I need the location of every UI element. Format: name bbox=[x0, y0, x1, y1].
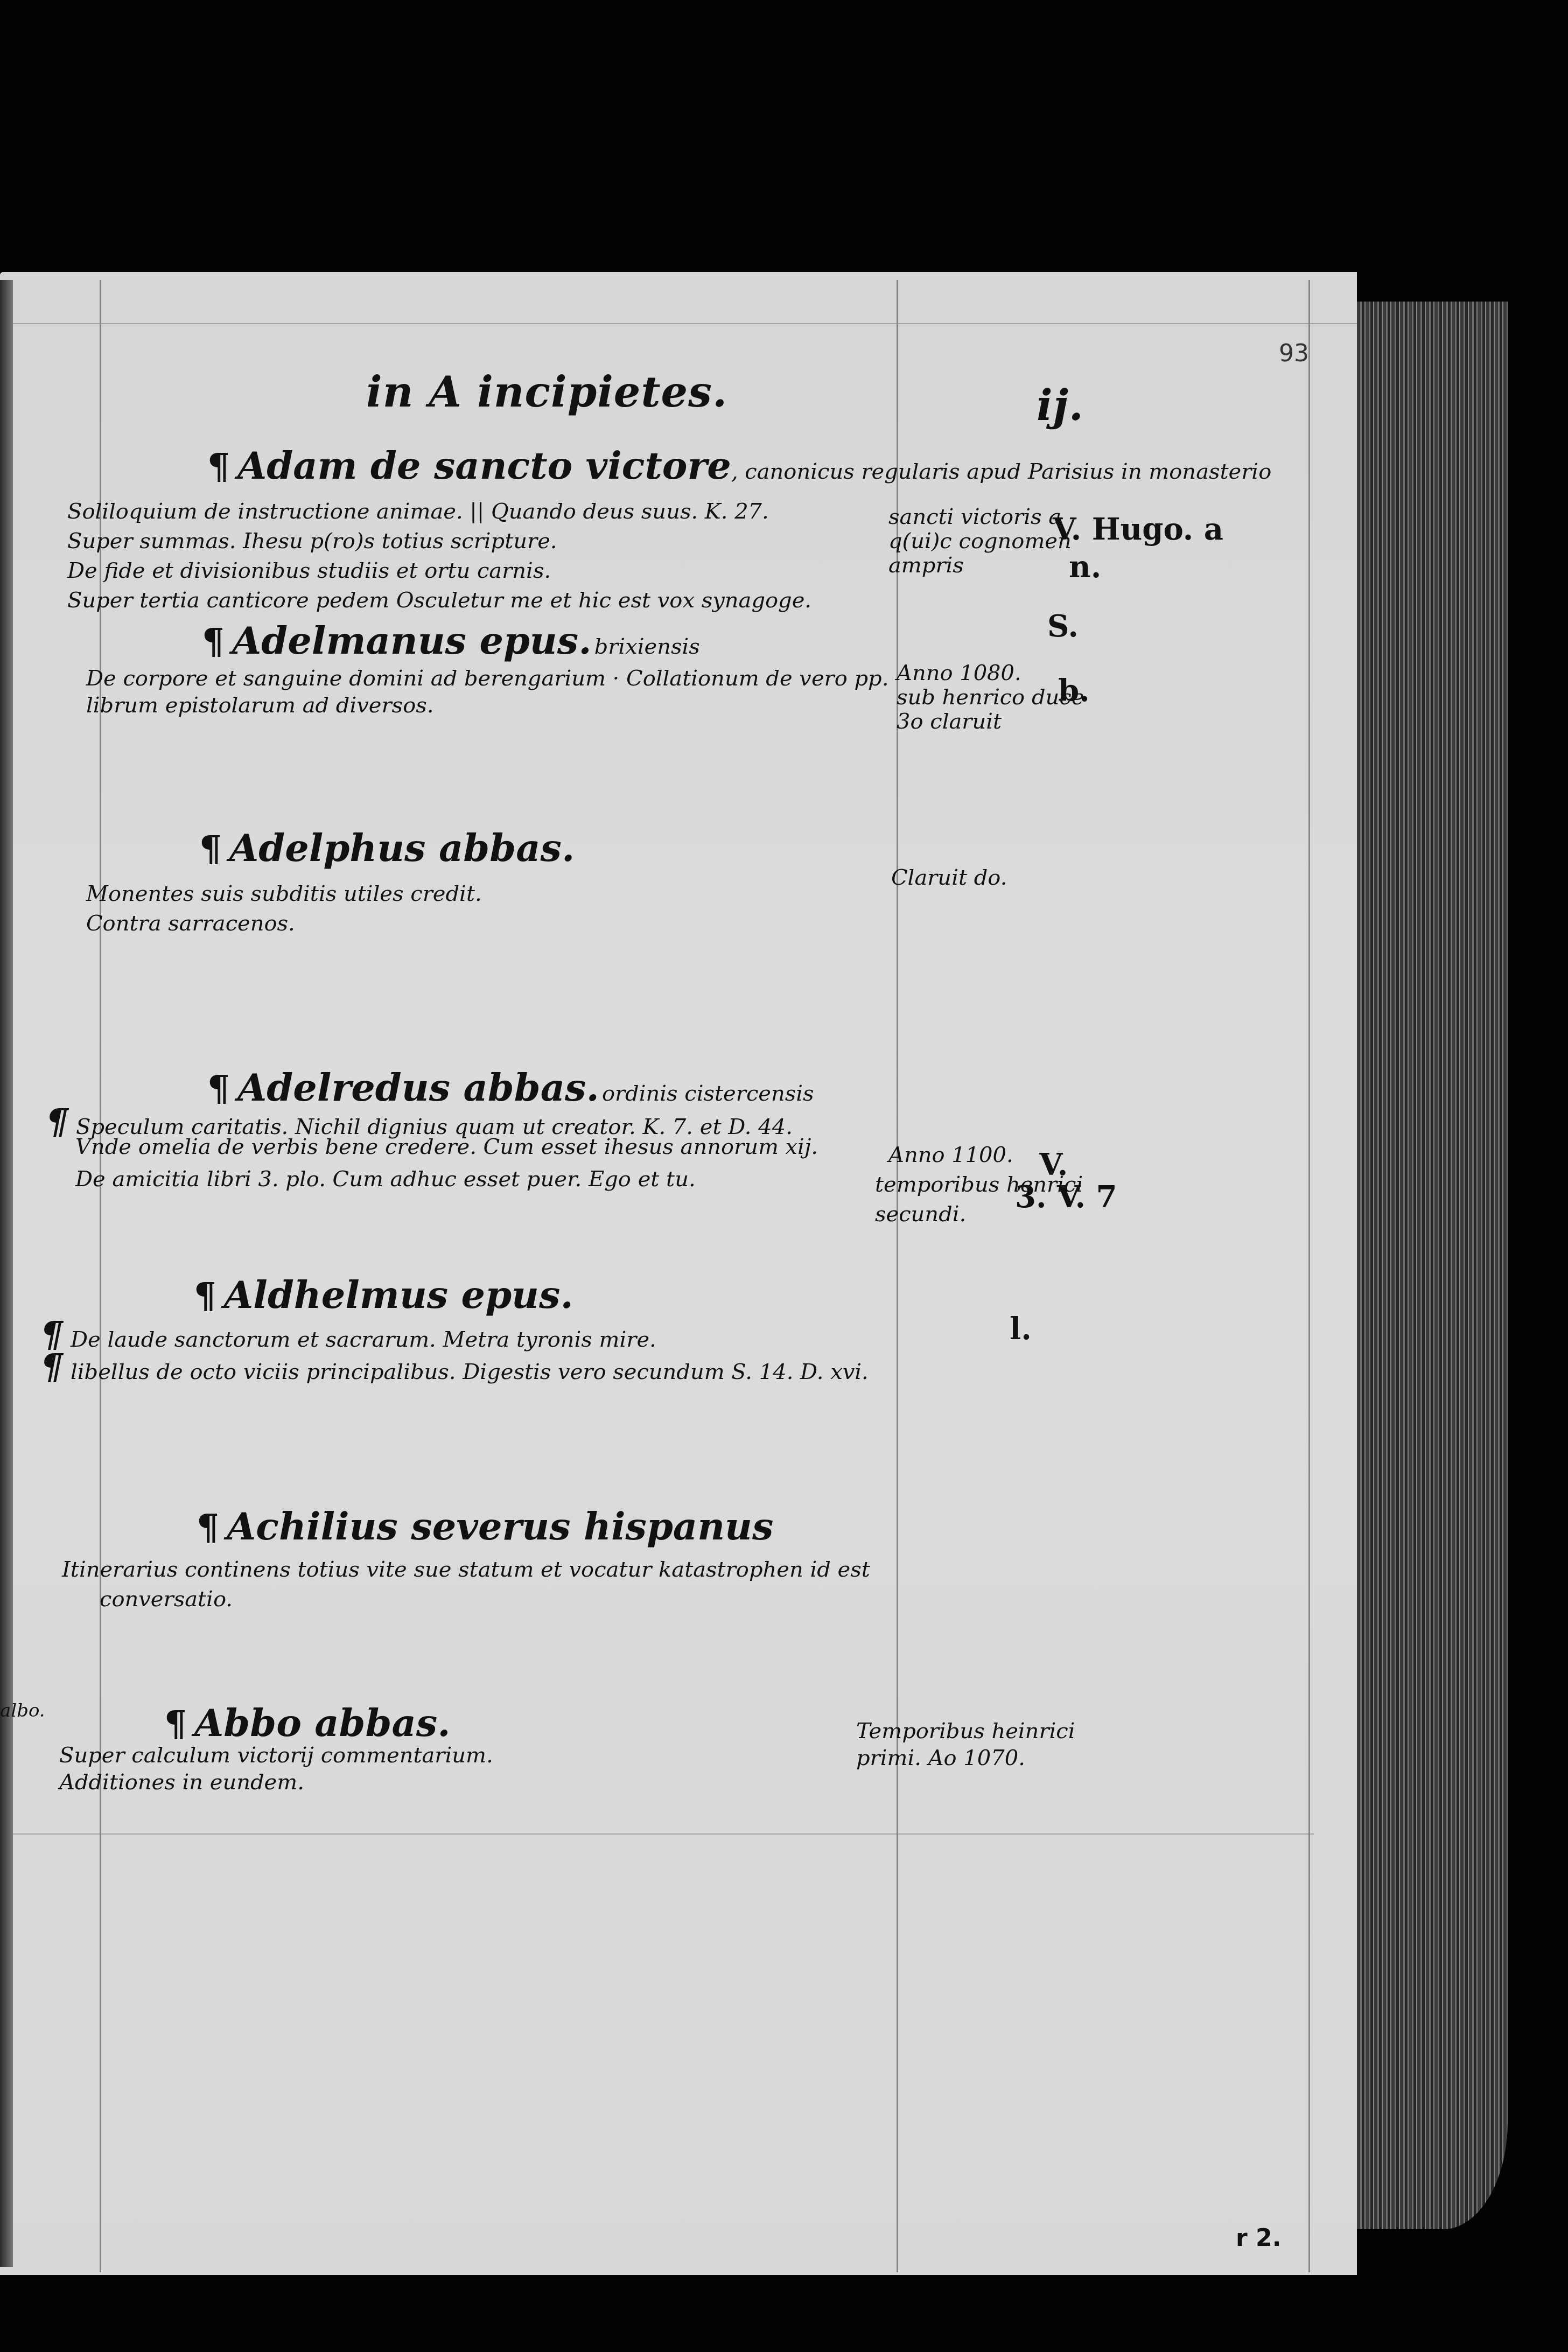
left-margin-note: albo. bbox=[0, 1702, 45, 1720]
right-margin-rule bbox=[1308, 280, 1310, 2272]
folio-number: 93 bbox=[1279, 342, 1309, 366]
side-note: Anno 1100. bbox=[888, 1144, 1013, 1166]
signature-mark: r 2. bbox=[1236, 2227, 1281, 2250]
side-note: secundi. bbox=[875, 1203, 966, 1225]
work-line: De amicitia libri 3. plo. Cum adhuc esse… bbox=[75, 1168, 696, 1190]
side-note: sancti victoris a bbox=[888, 506, 1061, 528]
cross-reference-mark: V. Hugo. a bbox=[1053, 514, 1223, 544]
side-note: Temporibus heinrici bbox=[856, 1720, 1075, 1742]
bottom-rule bbox=[11, 1833, 1314, 1835]
entry-heading: ¶Achilius severus hispanus bbox=[197, 1508, 773, 1545]
cross-reference-mark: l. bbox=[1010, 1314, 1032, 1344]
cross-reference-mark: 3. V. 7 bbox=[1015, 1182, 1117, 1212]
side-note: q(ui)c cognomen bbox=[888, 530, 1072, 552]
entry-heading: ¶Adelphus abbas. bbox=[199, 829, 575, 867]
cross-reference-mark: b. bbox=[1058, 676, 1090, 706]
running-title: in A incipietes. bbox=[366, 372, 727, 414]
pilcrow-icon: ¶ bbox=[40, 1346, 63, 1388]
side-note: sub henrico duce bbox=[897, 687, 1084, 708]
column-letter: ij. bbox=[1037, 385, 1084, 427]
column-rule bbox=[897, 280, 898, 2272]
work-line: Additiones in eundem. bbox=[59, 1772, 304, 1793]
cross-reference-mark: n. bbox=[1069, 552, 1101, 582]
pilcrow-icon: ¶ bbox=[202, 620, 225, 662]
work-line: librum epistolarum ad diversos. bbox=[86, 695, 433, 716]
book-fore-edge bbox=[1357, 302, 1508, 2229]
work-line: Super calculum victorij commentarium. bbox=[59, 1745, 493, 1766]
side-note: Claruit do. bbox=[891, 867, 1007, 888]
side-note: primi. Ao 1070. bbox=[856, 1747, 1025, 1769]
pilcrow-icon: ¶ bbox=[164, 1703, 187, 1745]
side-note: 3o claruit bbox=[897, 711, 1002, 732]
cross-reference-mark: S. bbox=[1047, 611, 1079, 641]
top-rule bbox=[11, 323, 1357, 324]
work-line: Contra sarracenos. bbox=[86, 913, 295, 934]
work-line: De corpore et sanguine domini ad berenga… bbox=[86, 668, 888, 689]
pilcrow-icon: ¶ bbox=[207, 445, 230, 487]
pilcrow-icon: ¶ bbox=[199, 828, 222, 870]
work-line: Super tertia canticore pedem Osculetur m… bbox=[67, 590, 811, 611]
cross-reference-mark: V. bbox=[1039, 1150, 1068, 1180]
work-line: Vnde omelia de verbis bene credere. Cum … bbox=[75, 1136, 818, 1158]
side-note: Anno 1080. bbox=[897, 662, 1021, 684]
entry-heading: ¶Adam de sancto victore, canonicus regul… bbox=[207, 447, 1271, 485]
work-line: De fide et divisionibus studiis et ortu … bbox=[67, 560, 551, 582]
pilcrow-icon: ¶ bbox=[197, 1506, 219, 1548]
side-note: ampris bbox=[888, 555, 964, 576]
pilcrow-icon: ¶ bbox=[207, 1067, 230, 1109]
work-line: ¶libellus de octo viciis principalibus. … bbox=[40, 1349, 869, 1384]
entry-heading: ¶Abbo abbas. bbox=[164, 1704, 451, 1742]
work-line: ¶De laude sanctorum et sacrarum. Metra t… bbox=[40, 1317, 656, 1352]
work-line: Monentes suis subditis utiles credit. bbox=[86, 883, 482, 905]
page-gutter-shadow bbox=[0, 280, 13, 2267]
pilcrow-icon: ¶ bbox=[194, 1275, 216, 1317]
work-line: Super summas. Ihesu p(ro)s totius script… bbox=[67, 530, 557, 552]
pilcrow-icon: ¶ bbox=[46, 1101, 68, 1143]
work-line: Itinerarius continens totius vite sue st… bbox=[62, 1559, 870, 1580]
work-line: Soliloquium de instructione animae. || Q… bbox=[67, 501, 769, 522]
work-line: conversatio. bbox=[100, 1588, 233, 1610]
entry-heading: ¶Adelredus abbas. ordinis cistercensis bbox=[207, 1069, 814, 1107]
entry-heading: ¶Adelmanus epus. brixiensis bbox=[202, 622, 700, 660]
entry-heading: ¶Aldhelmus epus. bbox=[194, 1276, 573, 1314]
